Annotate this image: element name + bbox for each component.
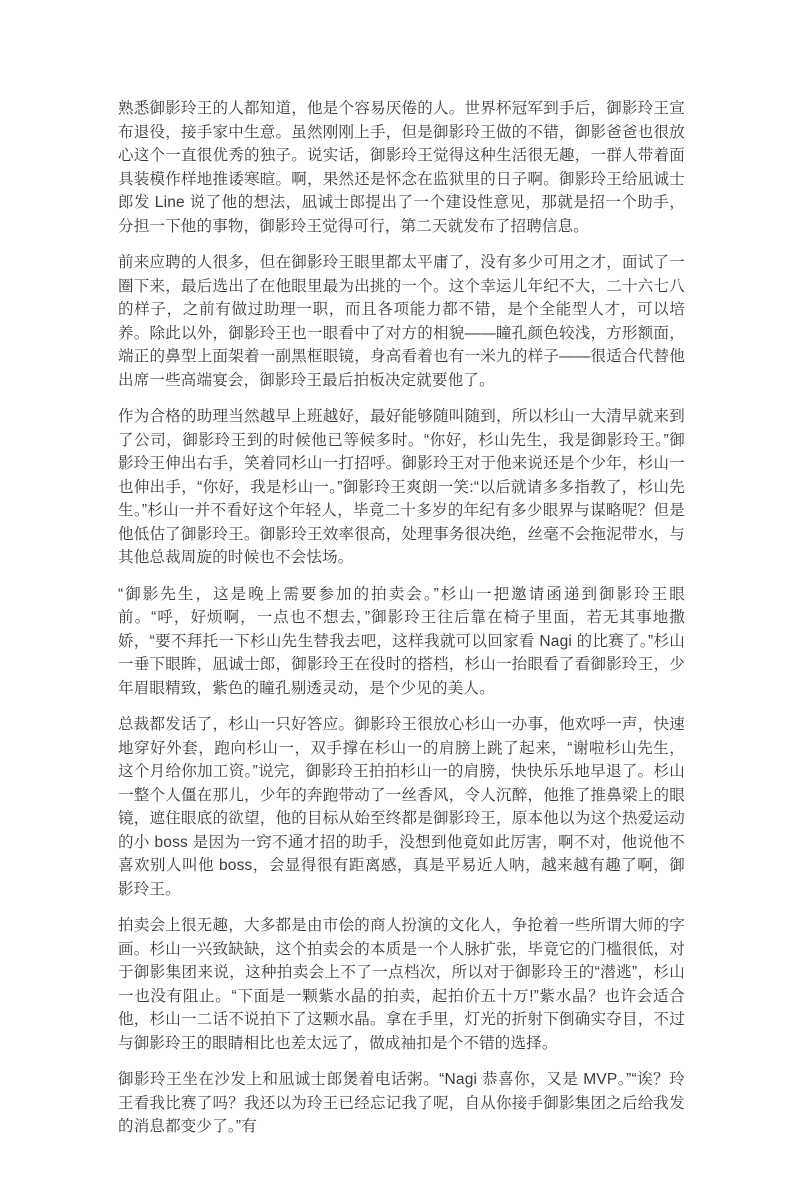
story-paragraph-5: 总裁都发话了，杉山一只好答应。御影玲王很放心杉山一办事，他欢呼一声，快速地穿好外… xyxy=(118,713,685,901)
story-paragraph-7: 御影玲王坐在沙发上和凪诚士郎煲着电话粥。“Nagi 恭喜你，又是 MVP。”“诶… xyxy=(118,1068,685,1139)
story-paragraph-2: 前来应聘的人很多，但在御影玲王眼里都太平庸了，没有多少可用之才，面试了一圈下来，… xyxy=(118,251,685,392)
story-paragraph-3: 作为合格的助理当然越早上班越好，最好能够随叫随到，所以杉山一大清早就来到了公司，… xyxy=(118,405,685,570)
story-text-body: 熟悉御影玲王的人都知道，他是个容易厌倦的人。世界杯冠军到手后，御影玲王宣布退役，… xyxy=(118,97,685,1139)
story-paragraph-4: “御影先生，这是晚上需要参加的拍卖会。”杉山一把邀请函递到御影玲王眼前。“呼，好… xyxy=(118,583,685,701)
story-paragraph-6: 拍卖会上很无趣，大多都是由市侩的商人扮演的文化人，争抢着一些所谓大师的字画。杉山… xyxy=(118,914,685,1055)
story-paragraph-1: 熟悉御影玲王的人都知道，他是个容易厌倦的人。世界杯冠军到手后，御影玲王宣布退役，… xyxy=(118,97,685,238)
document-page: 熟悉御影玲王的人都知道，他是个容易厌倦的人。世界杯冠军到手后，御影玲王宣布退役，… xyxy=(0,0,800,1179)
